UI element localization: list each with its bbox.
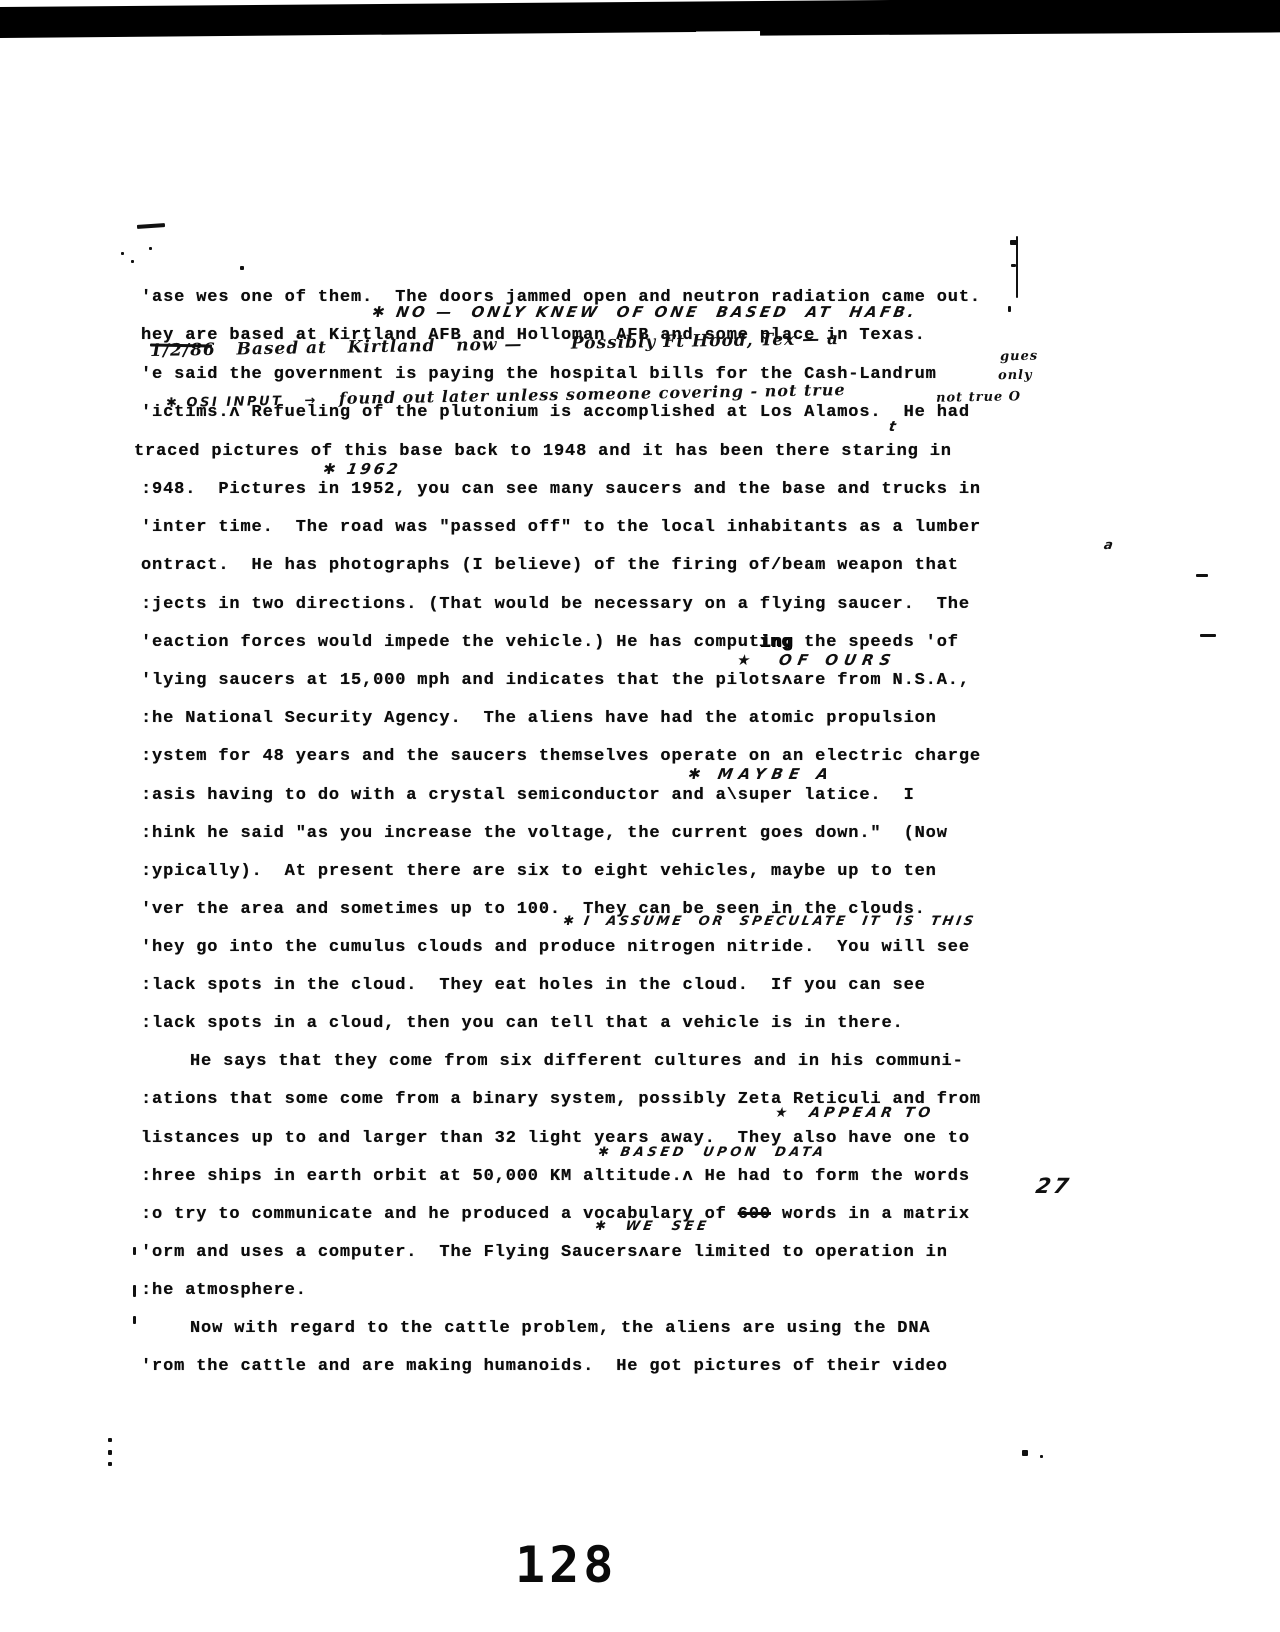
handwritten-annotation: ✱ BASED UPON DATA [597, 1146, 828, 1159]
scan-artifact [133, 1316, 136, 1324]
handwritten-cursive: gues [1000, 350, 1038, 364]
scan-artifact [137, 223, 165, 229]
typed-line: Now with regard to the cattle problem, t… [190, 1320, 930, 1337]
typed-line: 'ictims.ʌ Refueling of the plutonium is … [141, 404, 970, 421]
handwritten-annotation: 27 [1034, 1176, 1073, 1197]
scan-artifact [1022, 1450, 1028, 1456]
scan-margin-tick [1016, 236, 1018, 298]
typed-line: 'inter time. The road was "passed off" t… [141, 519, 981, 536]
typed-line: ontract. He has photographs (I believe) … [141, 557, 959, 574]
handwritten-annotation: ★ APPEAR TO [774, 1106, 936, 1120]
typed-line: :he atmosphere. [141, 1282, 307, 1299]
typed-line: :asis having to do with a crystal semico… [141, 787, 915, 804]
document-page: 'ase wes one of them. The doors jammed o… [0, 0, 1280, 1632]
typed-line: :hink he said "as you increase the volta… [141, 825, 948, 842]
typed-line: :hree ships in earth orbit at 50,000 KM … [141, 1168, 970, 1185]
scan-artifact [1008, 306, 1011, 312]
scan-artifact [133, 1285, 136, 1297]
scan-artifact [1196, 574, 1208, 577]
handwritten-annotation: ✱ I ASSUME OR SPECULATE IT IS THIS [562, 915, 977, 928]
typed-line: 'orm and uses a computer. The Flying Sau… [141, 1244, 948, 1261]
scan-margin-tick [1010, 240, 1017, 245]
handwritten-annotation: ✱ WE SEE [594, 1220, 711, 1233]
typed-line: 'rom the cattle and are making humanoids… [141, 1358, 948, 1375]
scan-artifact [108, 1438, 112, 1442]
struck-text: 600 [738, 1205, 771, 1224]
typed-line: 'hey go into the cumulus clouds and prod… [141, 939, 970, 956]
scan-artifact [133, 1247, 136, 1255]
handwritten-cursive: only [998, 369, 1033, 383]
scan-top-bar-edge2 [760, 16, 1280, 35]
typed-line: :ystem for 48 years and the saucers them… [141, 748, 981, 765]
handwritten-annotation: ✱ NO — ONLY KNEW OF ONE BASED AT HAFB. [371, 305, 919, 320]
scan-artifact [149, 247, 152, 250]
typed-line: 'lying saucers at 15,000 mph and indicat… [141, 672, 970, 689]
typed-line: :he National Security Agency. The aliens… [141, 710, 937, 727]
typed-line: :lack spots in the cloud. They eat holes… [141, 977, 926, 994]
typed-line: :lack spots in a cloud, then you can tel… [141, 1015, 904, 1032]
page-number: 128 [515, 1536, 617, 1594]
typed-line: :ypically). At present there are six to … [141, 863, 937, 880]
scan-artifact [1040, 1455, 1043, 1458]
handwritten-annotation: ★ OF OURS [736, 653, 898, 668]
handwritten-annotation: ✱ 1962 [322, 462, 402, 477]
handwritten-annotation: a [1103, 539, 1117, 552]
typed-line: He says that they come from six differen… [190, 1053, 964, 1070]
scan-artifact [108, 1450, 112, 1455]
scan-artifact [121, 252, 124, 255]
typed-line: 'eaction forces would impede the vehicle… [141, 634, 959, 651]
handwritten-annotation: ✱ MAYBE A [687, 767, 836, 782]
typed-line: :948. Pictures in 1952, you can see many… [141, 481, 981, 498]
scan-artifact [240, 266, 244, 270]
typed-line: traced pictures of this base back to 194… [134, 443, 952, 460]
overwritten-text: ing [760, 633, 793, 652]
scan-artifact [1200, 634, 1216, 637]
handwritten-annotation: t [888, 420, 900, 434]
typed-line: listances up to and larger than 32 light… [141, 1130, 970, 1147]
scan-artifact [131, 260, 134, 263]
typed-line: :o try to communicate and he produced a … [141, 1206, 970, 1223]
scan-artifact [108, 1462, 112, 1466]
scan-margin-tick [1011, 264, 1016, 267]
typed-line: :jects in two directions. (That would be… [141, 596, 970, 613]
